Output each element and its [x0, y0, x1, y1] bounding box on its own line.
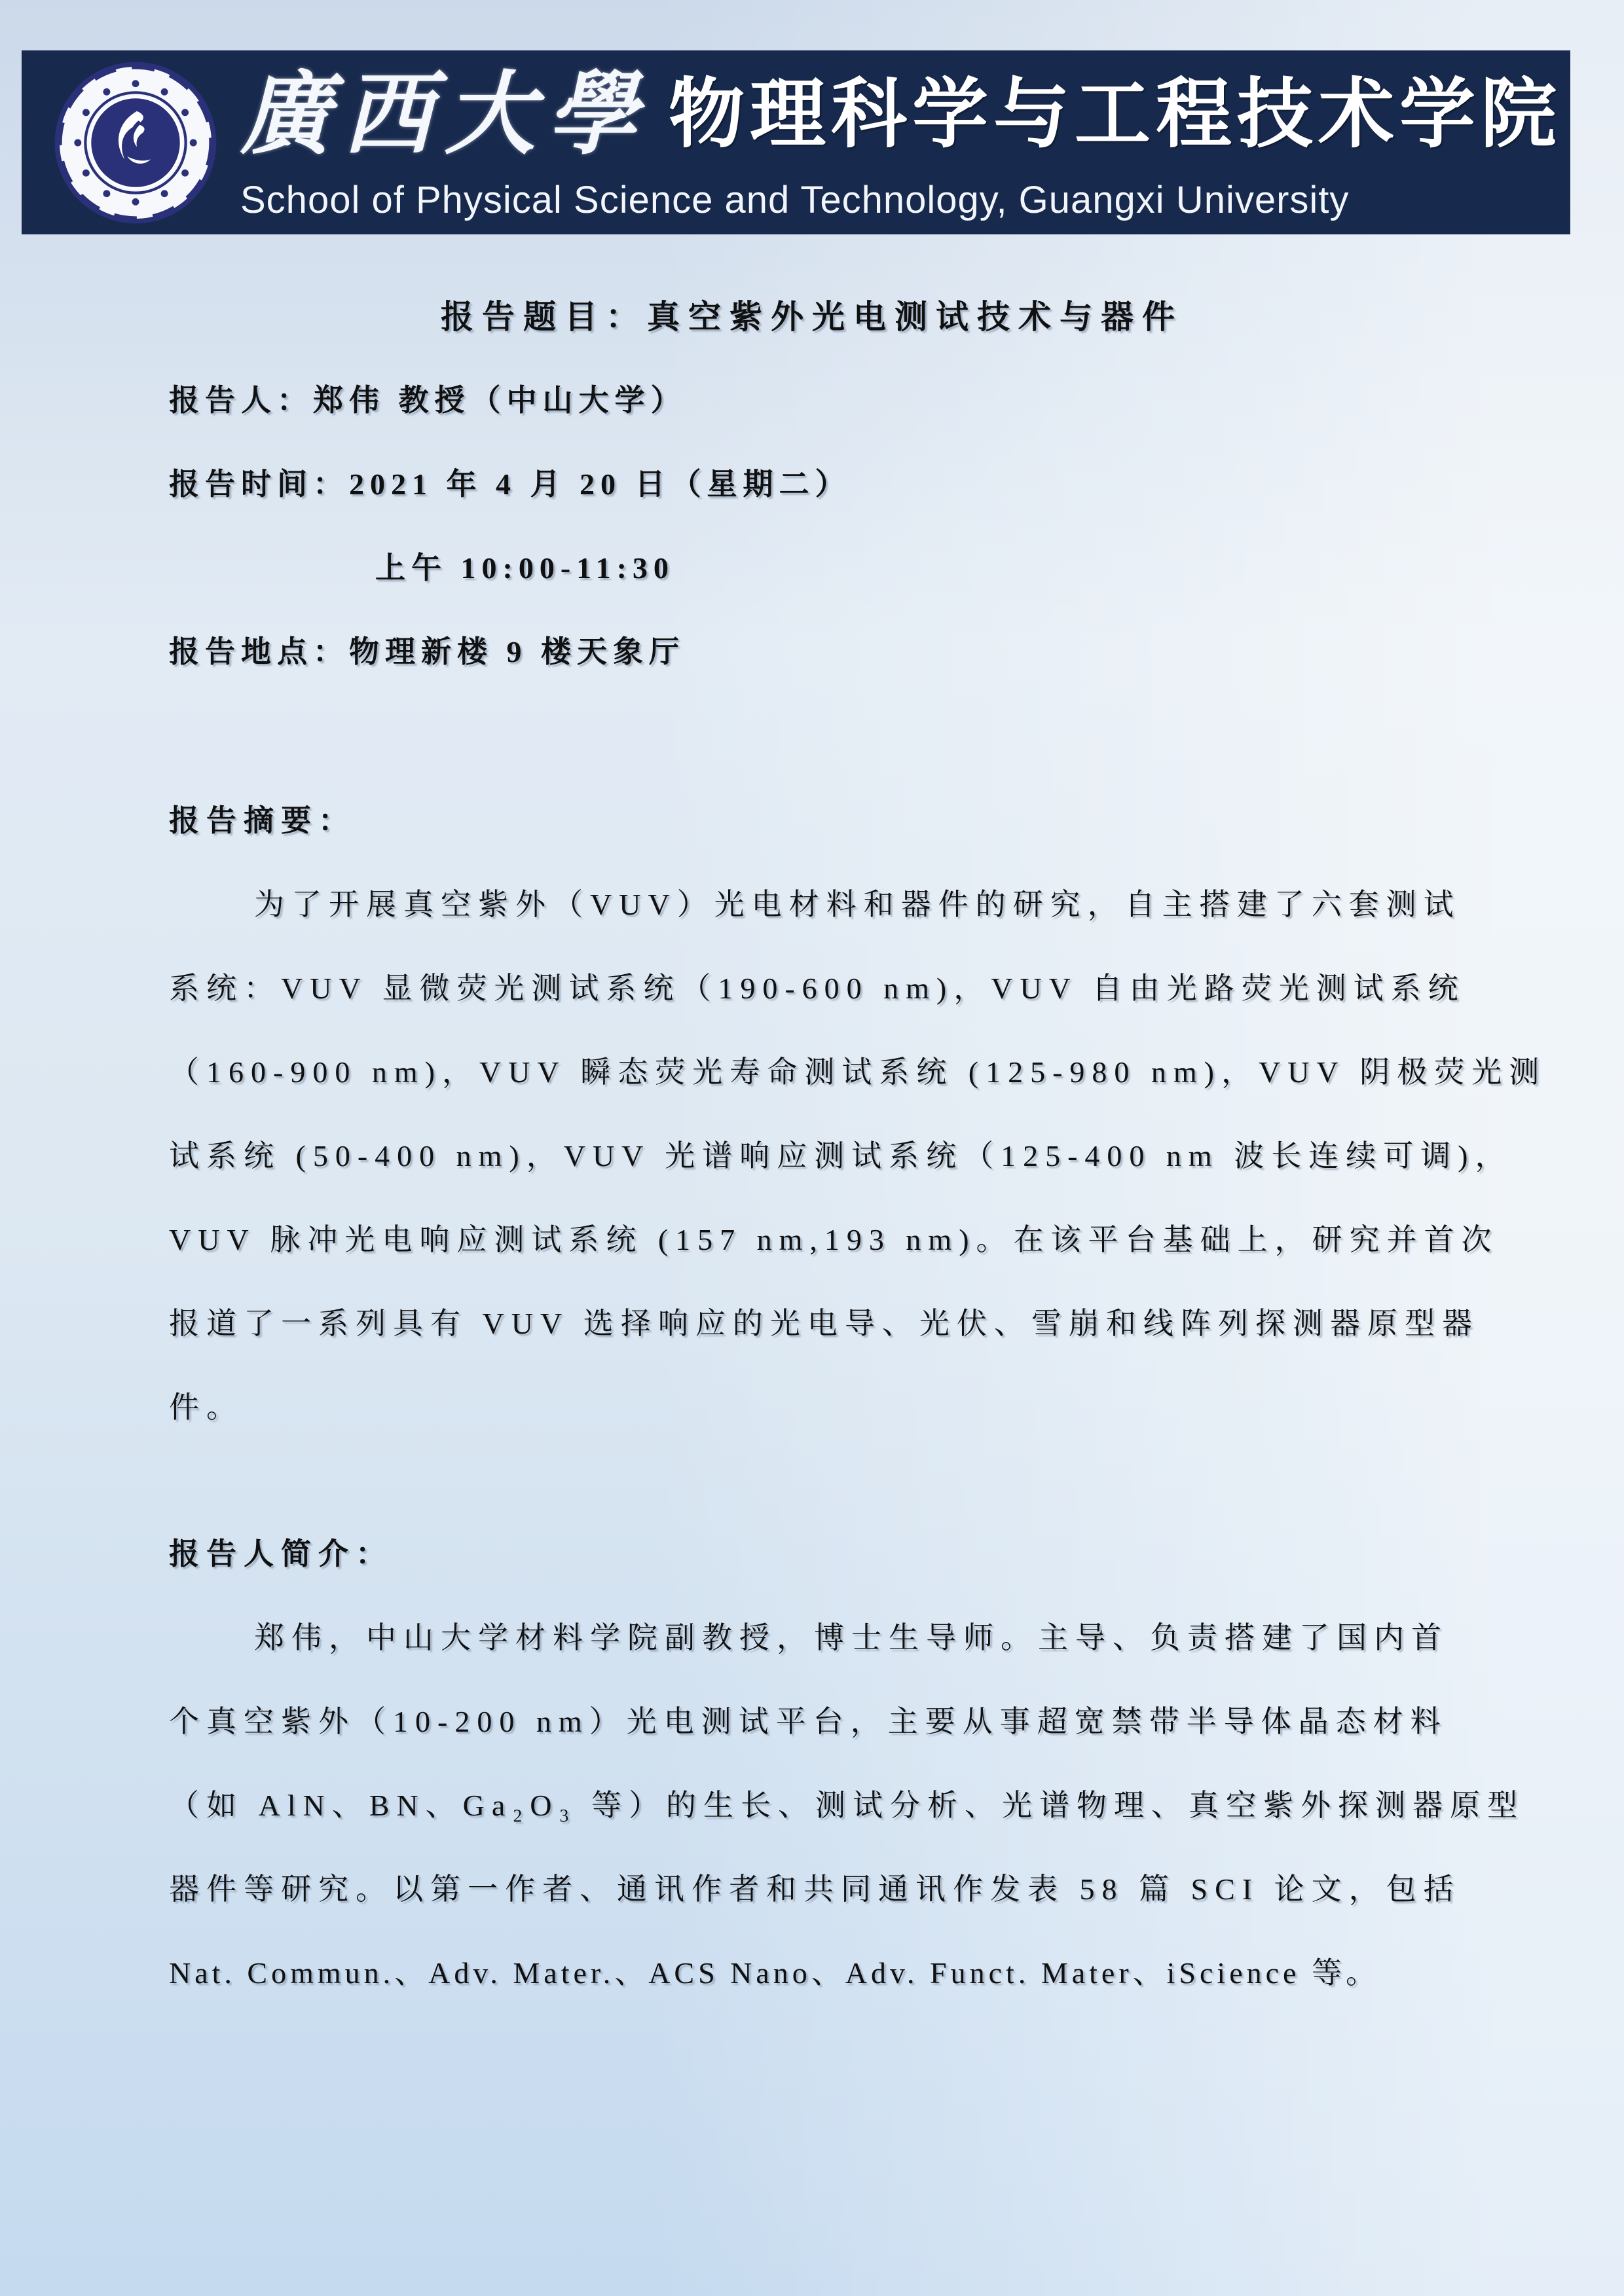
bio-line: Nat. Commun.、Adv. Mater.、ACS Nano、Adv. F… [169, 1931, 1545, 2015]
abstract-line: 报道了一系列具有 VUV 选择响应的光电导、光伏、雪崩和线阵列探测器原型器 [169, 1282, 1545, 1366]
abstract-paragraph: 为了开展真空紫外（VUV）光电材料和器件的研究，自主搭建了六套测试 系统：VUV… [169, 863, 1545, 1449]
seminar-announcement-page: 廣西大學 物理科学与工程技术学院 School of Physical Scie… [0, 0, 1624, 2296]
abstract-line: 为了开展真空紫外（VUV）光电材料和器件的研究，自主搭建了六套测试 [169, 863, 1545, 947]
bio-line: （如 AlN、BN、Ga₂O₃ 等）的生长、测试分析、光谱物理、真空紫外探测器原… [169, 1764, 1545, 1848]
report-info-block: 报告人：郑伟 教授（中山大学） 报告时间：2021 年 4 月 20 日（星期二… [169, 359, 1624, 694]
abstract-line: VUV 脉冲光电响应测试系统 (157 nm,193 nm)。在该平台基础上，研… [169, 1198, 1545, 1282]
report-location: 报告地点：物理新楼 9 楼天象厅 [169, 610, 1624, 694]
bio-line: 郑伟，中山大学材料学院副教授，博士生导师。主导、负责搭建了国内首 [169, 1596, 1545, 1680]
banner-text-block: 廣西大學 物理科学与工程技术学院 School of Physical Scie… [240, 50, 1570, 234]
header-banner: 廣西大學 物理科学与工程技术学院 School of Physical Scie… [22, 50, 1570, 234]
bio-line: 器件等研究。以第一作者、通讯作者和共同通讯作发表 58 篇 SCI 论文，包括 [169, 1848, 1545, 1931]
university-seal-logo-icon [53, 60, 218, 225]
college-name-chinese: 物理科学与工程技术学院 [669, 76, 1562, 152]
college-name-english: School of Physical Science and Technolog… [240, 181, 1570, 219]
bio-heading: 报告人简介： [169, 1512, 1624, 1596]
abstract-heading: 报告摘要： [169, 779, 1624, 863]
abstract-line: 系统：VUV 显微荧光测试系统（190-600 nm)，VUV 自由光路荧光测试… [169, 947, 1545, 1030]
abstract-line: 件。 [169, 1366, 1545, 1449]
abstract-line: （160-900 nm)，VUV 瞬态荧光寿命测试系统 (125-980 nm)… [169, 1030, 1545, 1114]
report-title: 报告题目：真空紫外光电测试技术与器件 [0, 275, 1624, 359]
report-time: 报告时间：2021 年 4 月 20 日（星期二） [169, 443, 1624, 526]
bio-paragraph: 郑伟，中山大学材料学院副教授，博士生导师。主导、负责搭建了国内首 个真空紫外（1… [169, 1596, 1545, 2015]
abstract-line: 试系统 (50-400 nm)，VUV 光谱响应测试系统（125-400 nm … [169, 1114, 1545, 1198]
document-body: 报告题目：真空紫外光电测试技术与器件 报告人：郑伟 教授（中山大学） 报告时间：… [0, 234, 1624, 2015]
bio-line: 个真空紫外（10-200 nm）光电测试平台，主要从事超宽禁带半导体晶态材料 [169, 1680, 1545, 1764]
report-time-detail: 上午 10:00-11:30 [169, 526, 1624, 610]
report-speaker: 报告人：郑伟 教授（中山大学） [169, 359, 1624, 443]
university-name-calligraphy: 廣西大學 [240, 69, 649, 159]
